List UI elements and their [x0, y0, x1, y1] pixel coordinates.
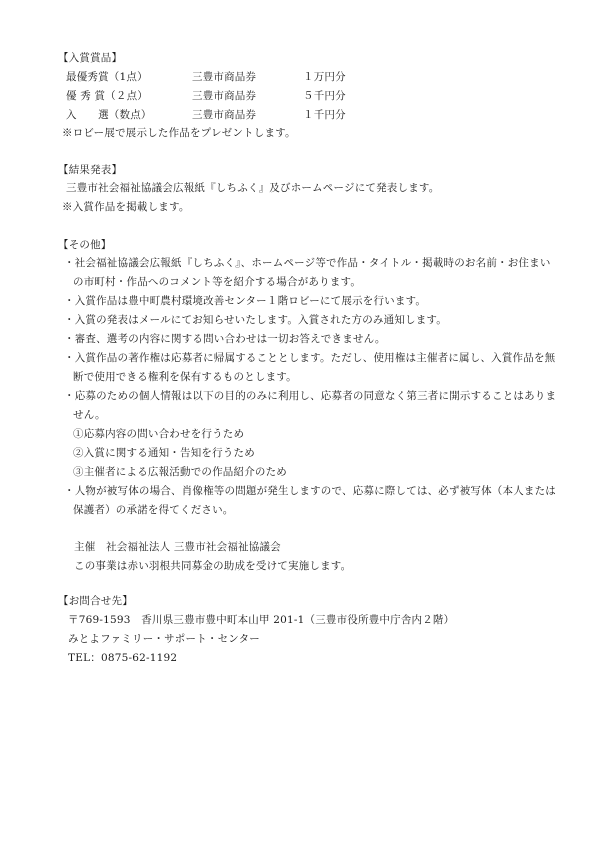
funding-note: この事業は赤い羽根共同募金の助成を受けて実施します。 [74, 559, 351, 573]
bullet-item: ・社会福祉協議会広報紙『しちふく』、ホームページ等で作品・タイトル・掲載時のお名… [64, 256, 551, 270]
purpose-item: ②入賞に関する通知・告知を行うため [73, 446, 255, 460]
results-heading: 【結果発表】 [58, 163, 122, 177]
bullet-item: ・人物が被写体の場合、肖像権等の問題が発生しますので、応募に際しては、必ず被写体… [64, 484, 556, 498]
bullet-item: ・審査、選考の内容に関する問い合わせは一切お答えできません。 [64, 332, 386, 346]
purpose-item: ③主催者による広報活動での作品紹介のため [73, 465, 287, 479]
bullet-item: ・入賞の発表はメールにてお知らせいたします。入賞された方のみ通知します。 [64, 313, 447, 327]
organizer: 主催 社会福祉法人 三豊市社会福祉協議会 [74, 540, 281, 554]
prize-amount: １万円分 [303, 70, 346, 84]
other-heading: 【その他】 [58, 238, 112, 252]
contact-name: みとよファミリー・サポート・センター [68, 632, 260, 646]
prize-type: 三豊市商品券 [192, 89, 256, 103]
prize-name: 入 選（数点） [66, 108, 152, 122]
prizes-heading: 【入賞賞品】 [58, 51, 122, 65]
prize-amount: ５千円分 [303, 89, 346, 103]
contact-heading: 【お問合せ先】 [58, 594, 133, 608]
prize-type: 三豊市商品券 [192, 108, 256, 122]
prizes-note: ※ロビー展で展示した作品をプレゼントします。 [62, 126, 296, 140]
results-note: ※入賞作品を掲載します。 [62, 200, 190, 214]
prize-type: 三豊市商品券 [192, 70, 256, 84]
contact-tel: TEL：0875-62-1192 [68, 651, 177, 665]
bullet-item: ・応募のための個人情報は以下の目的のみに利用し、応募者の同意なく第三者に開示する… [64, 389, 556, 403]
bullet-item-continued: の市町村・作品へのコメント等を紹介する場合があります。 [73, 275, 361, 289]
bullet-item-continued: 保護者）の承諾を得てください。 [73, 503, 234, 517]
bullet-item-continued: 断で使用できる権利を保有するものとします。 [73, 370, 297, 384]
purpose-item: ①応募内容の問い合わせを行うため [73, 427, 244, 441]
prize-name: 優 秀 賞（２点） [66, 89, 148, 103]
bullet-item: ・入賞作品の著作権は応募者に帰属することとします。ただし、使用権は主催者に属し、… [64, 351, 555, 365]
contact-address: 〒769-1593 香川県三豊市豊中町本山甲 201-1（三豊市役所豊中庁舎内２… [68, 613, 454, 627]
bullet-item-continued: せん。 [73, 408, 106, 422]
results-line: 三豊市社会福祉協議会広報紙『しちふく』及びホームページにて発表します。 [66, 181, 439, 195]
prize-amount: １千円分 [303, 108, 346, 122]
prize-name: 最優秀賞（1点） [66, 70, 148, 84]
bullet-item: ・入賞作品は豊中町農村環境改善センター１階ロビーにて展示を行います。 [64, 294, 426, 308]
